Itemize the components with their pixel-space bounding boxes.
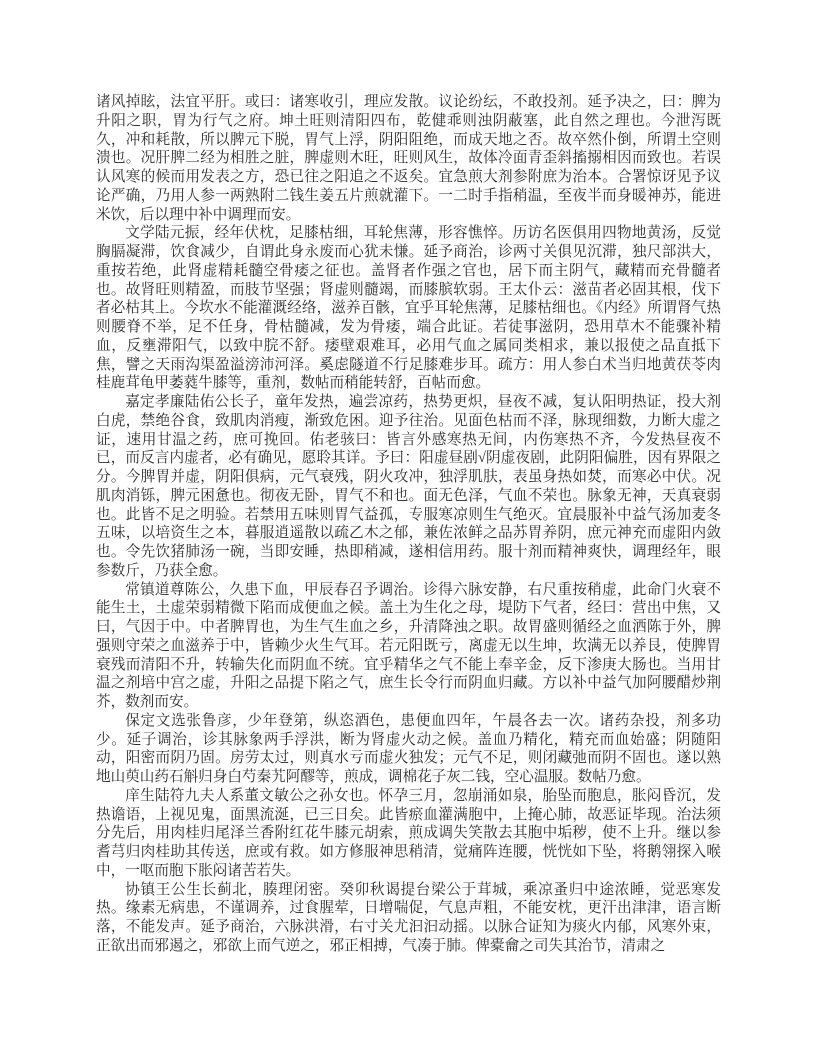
paragraph-3: 嘉定孝廉陆佑公长子，童年发热，遍尝凉药，热势更炽，昼夜不减，复认阳明热证，投大剂… xyxy=(96,393,721,581)
paragraph-2: 文学陆元振，经年伏枕，足膝枯细，耳轮焦薄，形容憔悴。历访名医俱用四物地黄汤，反觉… xyxy=(96,224,721,393)
paragraph-4: 常镇道尊陈公，久患下血，甲辰春召予调治。诊得六脉安静，右尺重按稍虚，此命门火衰不… xyxy=(96,581,721,712)
paragraph-1: 诸风掉眩，法宜平肝。或曰：诸寒收引，理应发散。议论纷纭，不敢投剂。延予决之，曰：… xyxy=(96,93,721,224)
paragraph-6: 庠生陆符九夫人系董文敏公之孙女也。怀孕三月，忽崩涌如泉，胎坠而胞息，胀闷昏沉，发… xyxy=(96,787,721,881)
text-block: 诸风掉眩，法宜平肝。或曰：诸寒收引，理应发散。议论纷纭，不敢投剂。延予决之，曰：… xyxy=(96,93,721,956)
document-page: 诸风掉眩，法宜平肝。或曰：诸寒收引，理应发散。议论纷纭，不敢投剂。延予决之，曰：… xyxy=(0,0,816,1056)
paragraph-7: 协镇王公生长蓟北，腠理闭密。癸卯秋谒提台梁公于茸城，乘凉蚤归中途浓睡，觉恶寒发热… xyxy=(96,881,721,956)
paragraph-5: 保定文选张鲁彦，少年登第，纵恣酒色，患便血四年，午晨各去一次。诸药杂投，剂多功少… xyxy=(96,712,721,787)
